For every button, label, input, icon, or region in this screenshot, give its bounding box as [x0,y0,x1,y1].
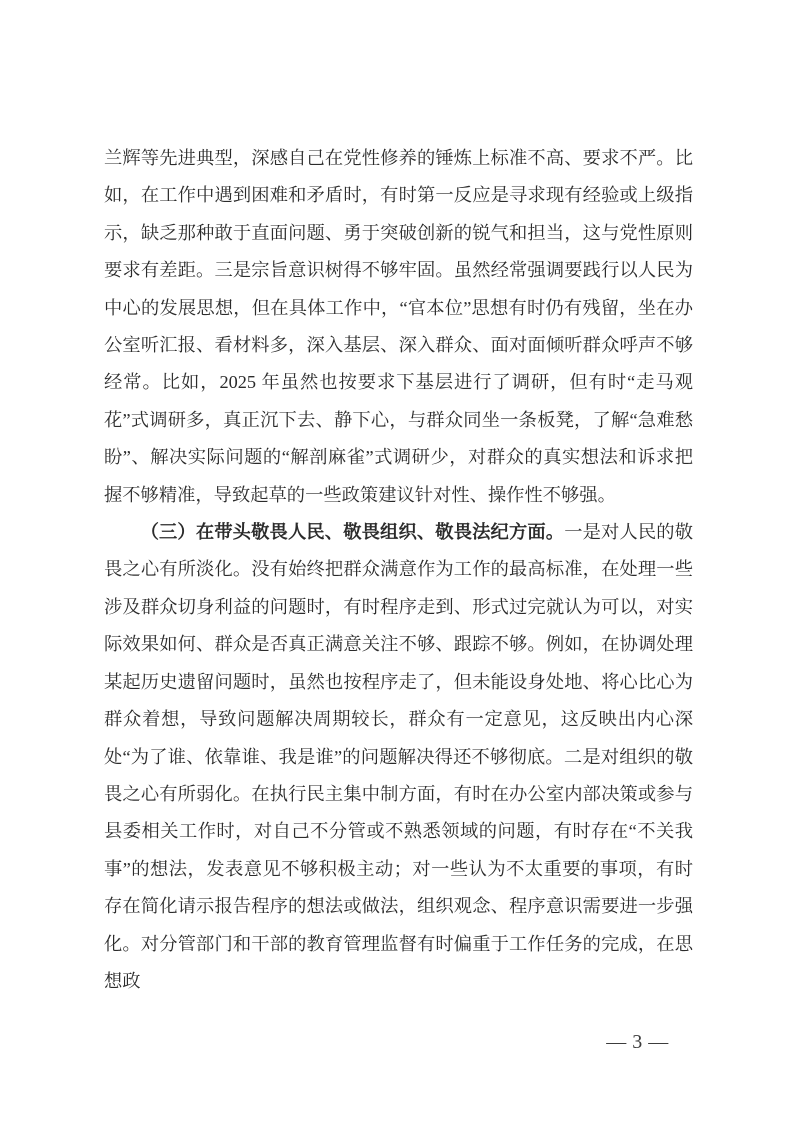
document-body: 兰辉等先进典型，深感自己在党性修养的锤炼上标准不高、要求不严。比如，在工作中遇到… [104,140,693,1000]
page-number: — 3 — [606,1031,669,1053]
paragraph: 兰辉等先进典型，深感自己在党性修养的锤炼上标准不高、要求不严。比如，在工作中遇到… [104,140,693,514]
text-segment: 一是对人民的敬畏之心有所淡化。没有始终把群众满意作为工作的最高标准，在处理一些涉… [104,522,693,991]
bold-text-segment: （三）在带头敬畏人民、敬畏组织、敬畏法纪方面。 [141,522,565,542]
page-footer: — 3 — [600,1031,675,1053]
document-page: 兰辉等先进典型，深感自己在党性修养的锤炼上标准不高、要求不严。比如，在工作中遇到… [0,0,793,1122]
paragraph: （三）在带头敬畏人民、敬畏组织、敬畏法纪方面。一是对人民的敬畏之心有所淡化。没有… [104,514,693,1000]
text-segment: 兰辉等先进典型，深感自己在党性修养的锤炼上标准不高、要求不严。比如，在工作中遇到… [104,148,693,505]
